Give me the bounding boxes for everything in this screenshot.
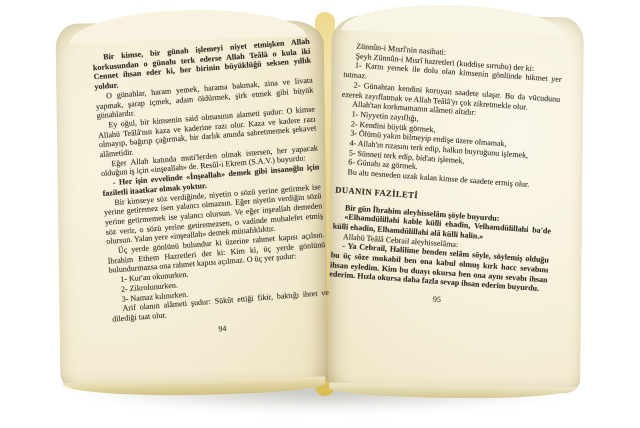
book-page-left: Bir kimse, bir günah işlemeyi niyet etmi… — [55, 20, 328, 390]
page-95-text: Zünnûn-i Mısrî'nin nasihati:Şeyh Zünnûn-… — [328, 41, 563, 312]
book-page-right: Zünnûn-i Mısrî'nin nasihati:Şeyh Zünnûn-… — [328, 15, 584, 394]
page-94-text: Bir kimse, bir günah işlemeyi niyet etmi… — [92, 37, 332, 342]
book-photo: Bir kimse, bir günah işlemeyi niyet etmi… — [0, 0, 640, 428]
